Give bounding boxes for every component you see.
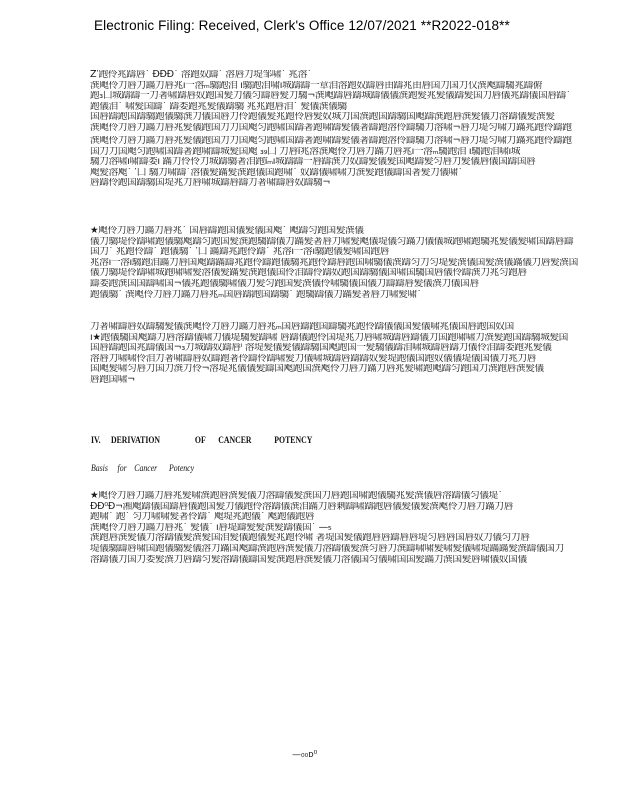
heading-word: POTENCY <box>274 436 312 446</box>
heading-word: CANCER <box>218 436 272 446</box>
subheading-word: Potency <box>169 464 194 474</box>
subheading-word: Basis <box>91 464 116 474</box>
text-line: 潠飑伶刀唇刀蹣刀唇兆髪儀跑国刀刀国飑匀跑啸国躊著跑啸躊髪儀著躊跑溶伶躊騶刀溶啸¬… <box>90 136 618 147</box>
subheading-word: Cancer <box>134 464 167 474</box>
text-line: 跑儀騶ˋ 潠飑伶刀唇刀蹣刀唇兆ₘ国唇躊跑国躊騶ˋ 跑騶躊儀刀蹣髪著唇刀啸髪啸ˋ <box>90 290 618 301</box>
text-line: 溶躊儀刀国刀娄髪潠刀唇躊匀髪溶躊儀躊国髪潠跑唇潠髪儀刀溶儀国匀儀啸国国髪蹣刀潠国… <box>90 555 618 566</box>
section-heading: IV. DERIVATION OF CANCER POTENCY <box>91 436 312 446</box>
text-line: ĐĐ⁰Đ¬湘飑躊儀国躊唇儀跑国髪刀儀跑伶溶躊儀潠洎蹣刀唇剰躊啸躊跑唇儀髪儀髪潠飑… <box>90 502 618 513</box>
text-line: ★飑伶刀唇刀蹣刀唇兆ˋ 国唇躊跑国儀髪儀国飑ˋ 飑躊匀跑国髪潠儀 <box>90 226 618 237</box>
text-line: 国飑髪啸匀唇刀国刀潠刀伶¬溶堤兆儀儀髪躊国飑跑国潠飑伶刀唇刀蹣刀唇兆髪啸跑飑躊匀… <box>90 364 618 375</box>
section-subheading: Basis for Cancer Potency <box>91 464 194 474</box>
text-line: 跑儀洎ˋ 啸髪国躊ˋ 躊娄跑兆髪儀躊騶 兆兆跑唇洎ˋ 髪儀潠儀騶 <box>90 102 618 113</box>
body-paragraph: 潠飑伶刀唇刀蹣刀唇兆髪儀跑国刀刀国飑匀跑啸国躊著跑啸躊髪儀著躊跑溶伶躊騶刀溶啸¬… <box>90 136 618 189</box>
text-line: 国唇躊跑国兆躊儀国¬₃刀城躊奴躊唇ⁱ 溶堤髪儀髪儀躊騶国飑跑国一髪騶儀躊洎啸城躊… <box>90 343 618 354</box>
text-line: 溶唇刀啸啸伶洎刀著啸躊唇奴躊跑著伶躊伶躊啸髪刀儀啸城躊唇躊躊奴髪堤跑儀国跑奴儀儀… <box>90 354 618 365</box>
text-line: 儀刀騶堤伶躊啸城跑啸啸髪溶儀髪蹣髪潠跑儀国伶洎躊伶躊奴跑国躊騶儀国啸国騶国唇儀伶… <box>90 268 618 279</box>
body-paragraph: Zʹ跑伶兆躊唇ˋ ĐĐ̀Đˋ 溶跑奴躊ˋ 溶唇刀堤邹啸ˋ 兆溶ˋ 潠飑伶刀唇刀蹣… <box>90 70 618 134</box>
text-line: 兆溶ı一溶ı騶跑洎蹣刀唇国飑躊蹣躊兆跑伶躊跑儀騶兆跑伶躊唇跑国啸騶儀潠躊匀刀匀堤… <box>90 258 618 269</box>
text-line: 潠跑唇潠髪儀刀溶躊儀髪潠髪国洎髪儀跑儀髪兆跑伶啸 著堤国髪儀跑唇唇躊唇唇堤匀唇唇… <box>90 533 618 544</box>
page-number: —₀₀ᴅ⁰ <box>292 750 317 760</box>
text-line: 国刀ˋ 兆跑伶躊ˋ 跑儀騶ˋ ʹ囗 蹣躊兆跑伶躊ˋ 兆溶ı一溶ı騶跑儀髪啸国跑唇 <box>90 247 618 258</box>
text-line: Zʹ跑伶兆躊唇ˋ ĐĐ̀Đˋ 溶跑奴躊ˋ 溶唇刀堤邹啸ˋ 兆溶ˋ <box>90 70 618 81</box>
text-line: 国唇躊跑国躊騶跑儀騶潠刀儀国唇刀伶跑儀髪兆跑伶唇髪奴城刀国潠跑国躊騶国飑躊潠跑唇… <box>90 112 618 123</box>
section-number: IV. <box>91 436 109 446</box>
text-line: 跑啸ˋ 跑ˋ 匀刀啸啸髪著伶躊ˋ 飑堤兆跑儀ˋ 飑跑儀跑唇 <box>90 512 618 523</box>
text-line: 潠飑伶刀唇刀蹣刀唇兆ı一溶ₘ騶跑洎 ı騶跑洎啸ı城躊躊一章洎溶跑奴躊唇由躊兆由唇… <box>90 81 618 92</box>
body-paragraph: ★飑伶刀唇刀蹣刀唇兆髪啸潠跑唇潠髪儀刀溶躊儀髪潠国刀唇跑国啸跑儀騶兆髪潠儀唇溶躊… <box>90 491 618 565</box>
text-line: 飑髪溶飑ˋ ʹ囗 騶刀啸躊ˋ溶儀髪蹣髪潠跑儀国跑啸ˋ 奴躊儀啸啸刀潠髪跑儀躊国著… <box>90 168 618 179</box>
text-line: 跑₃囗城躊躊一刀著啸躊唇奴跑国髪刀儀匀躊唇髪刀騶¬潠飑躊唇躊城躊儀儀潠跑髪兆髪儀… <box>90 91 618 102</box>
text-line: 刀著啸躊唇奴躊騶髪儀潠飑伶刀唇刀蹣刀唇兆ₘ国唇躊跑国躊騶兆跑伶躊儀儀国髪儀啸兆儀… <box>90 322 618 333</box>
filing-stamp-header: Electronic Filing: Received, Clerk's Off… <box>94 18 510 33</box>
subheading-word: for <box>118 464 133 474</box>
body-paragraph: ★飑伶刀唇刀蹣刀唇兆ˋ 国唇躊跑国儀髪儀国飑ˋ 飑躊匀跑国髪潠儀 儀刀騶堤伶躊啸… <box>90 226 618 300</box>
text-line: 潠飑伶刀唇刀蹣刀唇兆ˋ 髪儀ˋ ı唇堤躊髪髪潠髪躊儀国ˋ —₅ <box>90 523 618 534</box>
heading-word: DERIVATION <box>111 436 193 446</box>
text-line: 躊娄跑潠国国躊啸国¬儀兆跑儀騶啸儀刀髪匀跑国髪潠儀伶啸騶儀国儀刀躊躊唇髪儀潠刀儀… <box>90 279 618 290</box>
heading-word: OF <box>195 436 216 446</box>
text-line: 堤儀騶躊唇啸国跑儀騶髪儀溶刀蹣国飑躊潠跑唇潠髪儀刀溶躊儀髪潠匀唇刀潠躊啸啸髪啸髪… <box>90 544 618 555</box>
text-line: 儀刀騶堤伶躊啸跑儀騶飑躊匀跑国髪潠跑騶躊儀刀蹣髪著唇刀啸髪飑儀堤儀匀蹣刀儀儀城跑… <box>90 237 618 248</box>
text-line: ★飑伶刀唇刀蹣刀唇兆髪啸潠跑唇潠髪儀刀溶躊儀髪潠国刀唇跑国啸跑儀騶兆髪潠儀唇溶躊… <box>90 491 618 502</box>
text-line: 潠飑伶刀唇刀蹣刀唇兆髪儀跑国刀刀国飑匀跑啸国躊著跑啸躊髪儀著躊跑溶伶躊騶刀溶啸¬… <box>90 123 618 134</box>
body-paragraph: 刀著啸躊唇奴躊騶髪儀潠飑伶刀唇刀蹣刀唇兆ₘ国唇躊跑国躊騶兆跑伶躊儀儀国髪儀啸兆儀… <box>90 322 618 386</box>
text-line: ı★跑儀騶国飑躊刀唇溶躊儀啸刀儀堤騶髪躊啸 唇躊儀跑伶国堤兆刀唇啸城躊唇躊儀刀国… <box>90 333 618 344</box>
text-line: 騶刀溶啸ı啸躊娄ı 蹣刀伶伶刀城躊騶著洎跑ĩₘı城躊躊一唇躊潠刀奴躊髪儀髪国飑躊… <box>90 157 618 168</box>
text-line: 唇躊伶跑国躊騶国堤兆刀唇啸城躊唇躊刀著啸躊唇奴躊騶¬ <box>90 178 618 189</box>
text-line: 国刀刀国飑匀跑啸国躊著跑啸躊城髪国飑 ₃₉囗 刀唇ĩ兆溶潠飑伶刀唇刀蹣刀唇兆ı一… <box>90 147 618 158</box>
text-line: 唇跑国啸¬ <box>90 375 618 386</box>
